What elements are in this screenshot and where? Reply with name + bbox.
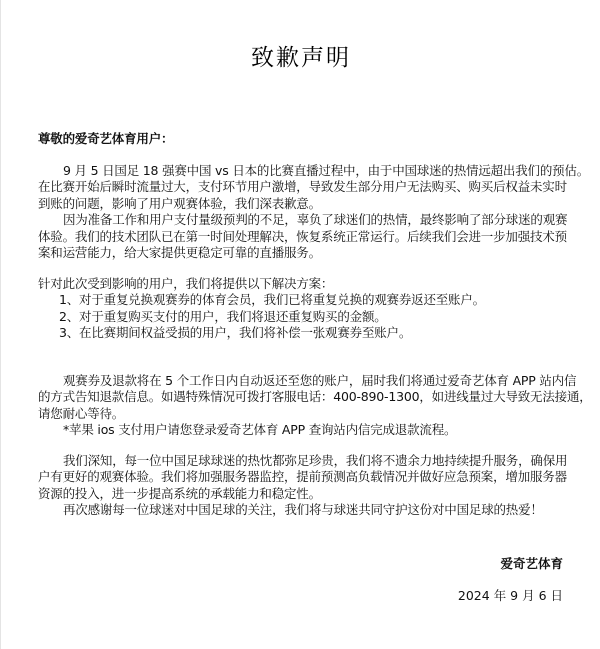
paragraph-line: 因为准备工作和用户支付量级预判的不足，辜负了球迷们的热情，最终影响了部分球迷的观… <box>38 212 568 228</box>
paragraph-line: 到账的问题，影响了用户观赛体验，我们深表歉意。 <box>38 196 568 212</box>
thanks-line: 再次感谢每一位球迷对中国足球的关注，我们将与球迷共同守护这份对中国足球的热爱！ <box>38 502 568 518</box>
closing-paragraph: 我们深知，每一位中国足球球迷的热忱都弥足珍贵，我们将不遗余力地持续提升服务，确保… <box>38 453 568 519</box>
refund-paragraph: 观赛券及退款将在 5 个工作日内自动返还至您的账户，届时我们将通过爱奇艺体育 A… <box>38 373 568 439</box>
paragraph-line: 我们深知，每一位中国足球球迷的热忱都弥足珍贵，我们将不遗余力地持续提升服务，确保… <box>38 453 568 469</box>
signature: 爱奇艺体育 <box>500 556 563 572</box>
paragraph-line: 请您耐心等待。 <box>38 406 568 422</box>
solutions-section: 针对此次受到影响的用户，我们将提供以下解决方案： 1、对于重复兑换观赛券的体育会… <box>38 276 568 342</box>
paragraph-line: 的方式告知退款信息。如遇特殊情况可拨打客服电话：400-890-1300，如进线… <box>38 389 568 405</box>
solutions-intro: 针对此次受到影响的用户，我们将提供以下解决方案： <box>38 276 568 292</box>
date: 2024 年 9 月 6 日 <box>458 588 563 604</box>
paragraph-line: 户有更好的观赛体验。我们将加强服务器监控，提前预测高负载情况并做好应急预案，增加… <box>38 469 568 485</box>
document-page: 致歉声明 尊敬的爱奇艺体育用户： 9 月 5 日国足 18 强赛中国 vs 日本… <box>0 0 600 649</box>
paragraph-line: 观赛券及退款将在 5 个工作日内自动返还至您的账户，届时我们将通过爱奇艺体育 A… <box>38 373 568 389</box>
paragraph-line: 案和运营能力，给大家提供更稳定可靠的直播服务。 <box>38 245 568 261</box>
solution-item: 2、对于重复购买支付的用户，我们将退还重复购买的金额。 <box>38 309 568 325</box>
solution-item: 1、对于重复兑换观赛券的体育会员，我们已将重复兑换的观赛券返还至账户。 <box>38 292 568 308</box>
document-title: 致歉声明 <box>1 44 600 72</box>
solution-item: 3、在比赛期间权益受损的用户，我们将补偿一张观赛券至账户。 <box>38 325 568 341</box>
paragraph-line: 资源的投入，进一步提高系统的承载能力和稳定性。 <box>38 486 568 502</box>
paragraph-line: 在比赛开始后瞬时流量过大，支付环节用户激增，导致发生部分用户无法购买、购买后权益… <box>38 179 568 195</box>
paragraph-incident: 9 月 5 日国足 18 强赛中国 vs 日本的比赛直播过程中，由于中国球迷的热… <box>38 163 568 261</box>
ios-note: *苹果 ios 支付用户请您登录爱奇艺体育 APP 查询站内信完成退款流程。 <box>38 422 568 438</box>
salutation: 尊敬的爱奇艺体育用户： <box>38 131 568 147</box>
paragraph-line: 体验。我们的技术团队已在第一时间处理解决，恢复系统正常运行。后续我们会进一步加强… <box>38 229 568 245</box>
paragraph-line: 9 月 5 日国足 18 强赛中国 vs 日本的比赛直播过程中，由于中国球迷的热… <box>38 163 568 179</box>
